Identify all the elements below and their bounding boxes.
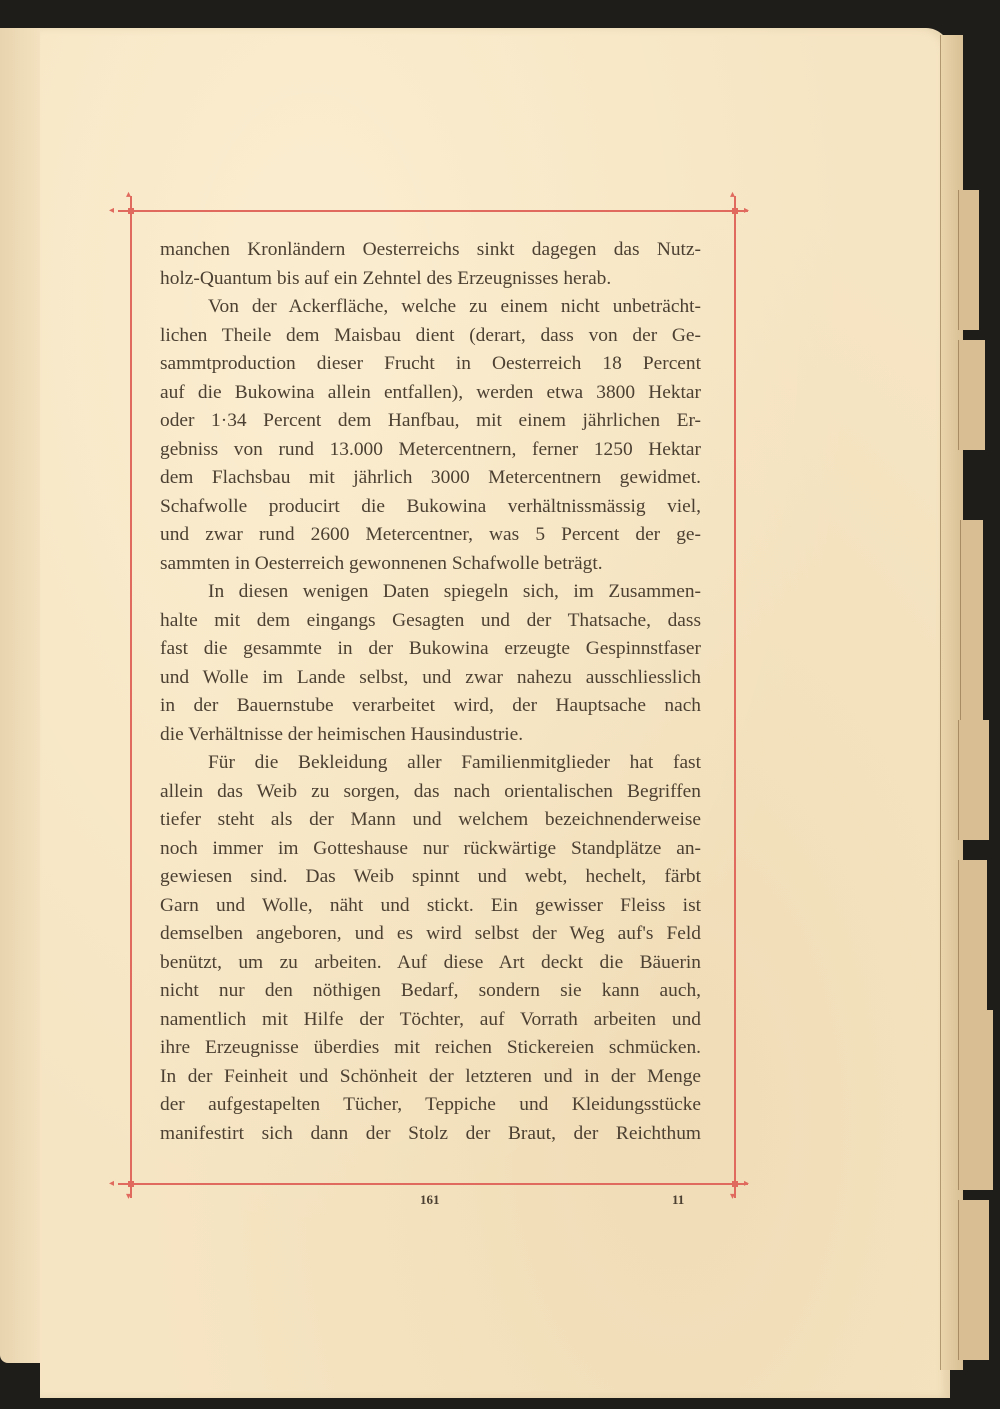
facing-page-edge [0,28,42,1363]
body-text: manchen Kronländern Oesterreichs sinkt d… [160,236,701,1148]
text-line: dem Flachsbau mit jährlich 3000 Metercen… [160,464,701,493]
text-line: ihre Erzeugnisse überdies mit reichen St… [160,1034,701,1063]
arrow-down-icon: ▾ [126,1192,131,1202]
frame-corner-top-right [732,208,738,214]
text-line: In diesen wenigen Daten spiegeln sich, i… [160,578,701,607]
arrow-up-icon: ▴ [126,190,131,200]
text-line: manchen Kronländern Oesterreichs sinkt d… [160,236,701,265]
torn-page-edge [958,1010,993,1190]
text-line: die Verhältnisse der heimischen Hausindu… [160,721,701,750]
torn-page-edge [958,190,979,330]
text-line: Schafwolle producirt die Bukowina verhäl… [160,493,701,522]
arrow-right-icon: ▸ [744,1179,749,1189]
text-line: und Wolle im Lande selbst, und zwar nahe… [160,664,701,693]
text-line: gebniss von rund 13.000 Metercentnern, f… [160,436,701,465]
arrow-up-icon: ▴ [730,190,735,200]
page-number: 161 [420,1192,440,1208]
frame-corner-bottom-left [128,1181,134,1187]
frame-rule-bottom [118,1183,748,1185]
text-line: tiefer steht als der Mann und welchem be… [160,806,701,835]
text-line: sammten in Oesterreich gewonnenen Schafw… [160,550,701,579]
frame-rule-left [130,196,132,1198]
text-line: namentlich mit Hilfe der Töchter, auf Vo… [160,1006,701,1035]
torn-page-edge [958,1200,989,1360]
torn-page-edge [958,860,987,1010]
text-line: Von der Ackerfläche, welche zu einem nic… [160,293,701,322]
signature-mark: 11 [672,1192,684,1208]
frame-corner-top-left [128,208,134,214]
text-line: allein das Weib zu sorgen, das nach orie… [160,778,701,807]
text-line: gewiesen sind. Das Weib spinnt und webt,… [160,863,701,892]
torn-page-edge [958,340,985,450]
text-line: oder 1·34 Percent dem Hanfbau, mit einem… [160,407,701,436]
text-line: lichen Theile dem Maisbau dient (derart,… [160,322,701,351]
text-line: der aufgestapelten Tücher, Teppiche und … [160,1091,701,1120]
text-line: noch immer im Gotteshause nur rückwärtig… [160,835,701,864]
arrow-down-icon: ▾ [730,1192,735,1202]
text-line: holz-Quantum bis auf ein Zehntel des Erz… [160,265,701,294]
text-line: nicht nur den nöthigen Bedarf, sondern s… [160,977,701,1006]
frame-rule-top [118,210,748,212]
text-line: fast die gesammte in der Bukowina erzeug… [160,635,701,664]
text-line: Für die Bekleidung aller Familienmitglie… [160,749,701,778]
arrow-right-icon: ▸ [744,206,749,216]
torn-page-edge [960,520,983,720]
text-line: demselben angeboren, und es wird selbst … [160,920,701,949]
text-line: auf die Bukowina allein entfallen), werd… [160,379,701,408]
arrow-left-icon: ◂ [109,1179,114,1189]
text-line: halte mit dem eingangs Gesagten und der … [160,607,701,636]
frame-rule-right [734,196,736,1198]
text-line: manifestirt sich dann der Stolz der Brau… [160,1120,701,1149]
text-line: in der Bauernstube verarbeitet wird, der… [160,692,701,721]
text-line: sammtproduction dieser Frucht in Oesterr… [160,350,701,379]
text-line: Garn und Wolle, näht und stickt. Ein gew… [160,892,701,921]
text-line: benützt, um zu arbeiten. Auf diese Art d… [160,949,701,978]
arrow-left-icon: ◂ [109,206,114,216]
text-line: In der Feinheit und Schönheit der letzte… [160,1063,701,1092]
torn-page-edge [958,720,989,840]
text-line: und zwar rund 2600 Metercentner, was 5 P… [160,521,701,550]
frame-corner-bottom-right [732,1181,738,1187]
